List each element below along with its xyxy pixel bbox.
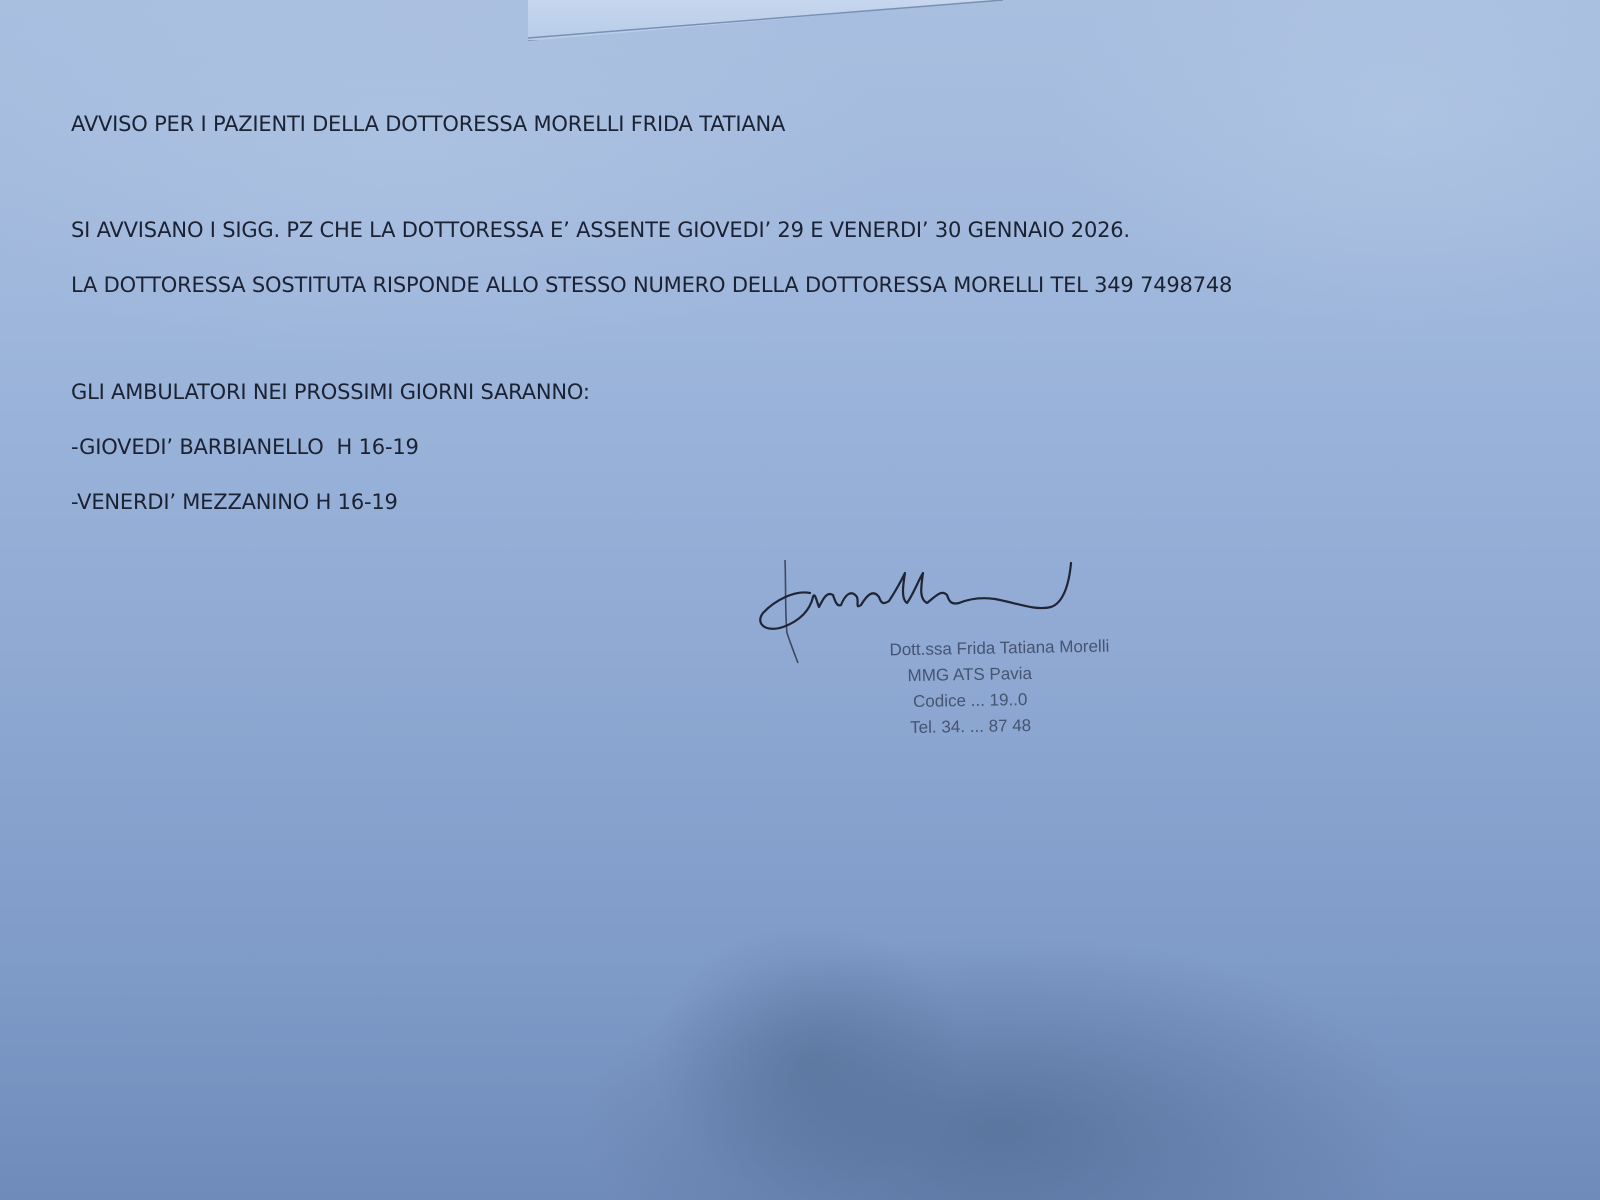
doctor-stamp: Dott.ssa Frida Tatiana Morelli MMG ATS P…	[829, 634, 1111, 743]
paper-fold	[528, 0, 998, 41]
stamp-line-name: Dott.ssa Frida Tatiana Morelli	[829, 634, 1109, 665]
clinic-item-friday: -VENERDI’ MEZZANINO H 16-19	[71, 490, 398, 514]
substitute-notice: LA DOTTORESSA SOSTITUTA RISPONDE ALLO ST…	[71, 273, 1232, 297]
clinic-item-thursday: -GIOVEDI’ BARBIANELLO H 16-19	[71, 435, 419, 459]
notice-title: AVVISO PER I PAZIENTI DELLA DOTTORESSA M…	[71, 112, 785, 136]
absence-notice: SI AVVISANO I SIGG. PZ CHE LA DOTTORESSA…	[71, 218, 1130, 242]
stamp-line-phone: Tel. 34. ... 87 48	[830, 712, 1110, 743]
clinics-heading: GLI AMBULATORI NEI PROSSIMI GIORNI SARAN…	[71, 380, 590, 404]
